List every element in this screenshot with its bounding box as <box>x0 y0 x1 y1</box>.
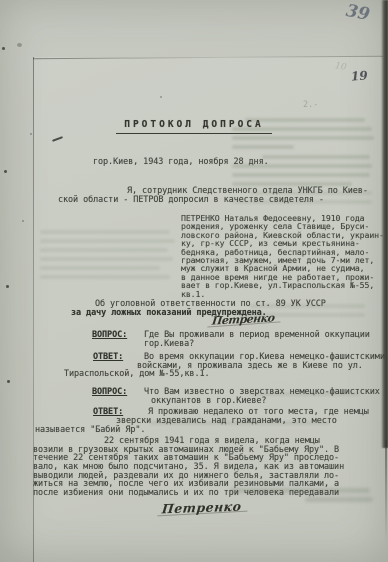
intro-line: ской области - ПЕТРОВ допросил в качеств… <box>58 196 324 205</box>
handwritten-faint-number: 10 <box>334 61 347 72</box>
question-label: ВОПРОС: <box>92 388 127 397</box>
binding-hole <box>22 220 24 222</box>
bleedthrough-line <box>232 145 294 149</box>
answer-text: зверски издевались над гражданами, это м… <box>116 417 337 426</box>
bleedthrough-line <box>40 266 160 270</box>
binding-hole <box>6 285 9 288</box>
binding-hole <box>4 170 7 173</box>
binding-hole <box>7 380 10 383</box>
witness-details-line: вает в гор.Киеве, ул.Тираспольская №-55, <box>181 281 374 290</box>
paper-smudge <box>17 43 22 47</box>
witness-details-line: кв.1. <box>181 290 205 299</box>
bleedthrough-line <box>40 275 170 279</box>
bleedthrough-line <box>232 173 370 177</box>
dateline: гор.Киев, 1943 года, ноября 28 дня. <box>93 158 269 167</box>
scan-edge-shadow-lower <box>385 440 387 542</box>
bleedthrough-line <box>40 239 175 243</box>
witness-signature: Петренко <box>211 311 275 327</box>
scanned-document-page: 39 10 19 2.- ПРОТОКОЛ ДОПРОСА гор.Киев, … <box>0 0 388 562</box>
faint-typed-page-marker: 2.- <box>303 100 318 110</box>
handwritten-archive-number: 39 <box>344 1 371 25</box>
backing-paper-top <box>0 0 388 57</box>
bleedthrough-line <box>262 155 370 159</box>
answer-text: Тираспольской, дом №-55,кв.1. <box>64 370 210 379</box>
bleedthrough-line <box>232 136 374 140</box>
bleedthrough-line <box>40 248 168 252</box>
question-label: ВОПРОС: <box>92 331 127 340</box>
testimony-line: после избиения они подымались и их по тр… <box>33 489 339 498</box>
question-text: оккупантов в гор.Киеве? <box>151 397 266 406</box>
document-title: ПРОТОКОЛ ДОПРОСА <box>116 119 272 134</box>
bleedthrough-line <box>40 230 170 234</box>
scan-edge-shadow <box>381 0 388 448</box>
answer-label: ОТВЕТ: <box>93 353 123 362</box>
paper-speck <box>160 96 162 98</box>
witness-signature: Петренко <box>161 499 242 517</box>
answer-text: называется "Бабий Яр". <box>35 426 145 435</box>
question-text: гор.Киева? <box>144 340 194 349</box>
binding-hole <box>2 47 5 50</box>
pencil-tick-mark <box>52 136 63 142</box>
handwritten-page-number: 19 <box>351 68 369 83</box>
bleedthrough-line <box>40 257 173 261</box>
